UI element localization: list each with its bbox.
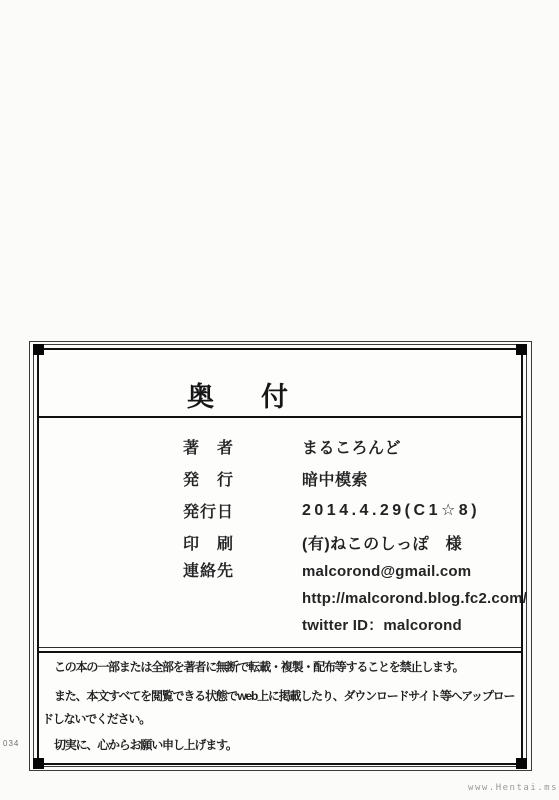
contact-lines: malcorond@gmail.com http://malcorond.blo… (302, 558, 527, 639)
contact-twitter-id: twitter ID：malcorond (302, 612, 527, 639)
info-value-publication-date: 2014.4.29(C1☆8) (302, 500, 480, 520)
frame-corner-top-right-icon (516, 344, 527, 355)
info-row-printer: 印 刷 (有)ねこのしっぽ 様 (39, 526, 521, 558)
watermark: www.Hentai.ms (468, 783, 558, 793)
info-value-printer: (有)ねこのしっぽ 様 (302, 531, 462, 554)
note-paragraph-1: この本の一部または全部を著者に無断で転載・複製・配布等することを禁止します。 (42, 656, 515, 679)
info-row-author: 著 者 まるころんど (39, 430, 521, 462)
contact-blog-url: http://malcorond.blog.fc2.com/ (302, 585, 527, 612)
contact-email: malcorond@gmail.com (302, 558, 527, 585)
note-paragraph-2: また、本文すべてを閲覧できる状態でweb上に掲載したり、ダウンロードサイト等へア… (42, 685, 515, 731)
colophon-title: 奥 付 (187, 383, 298, 413)
info-row-publisher: 発 行 暗中模索 (39, 462, 521, 494)
frame-corner-top-left-icon (33, 344, 44, 355)
info-value-publisher: 暗中模索 (302, 467, 368, 490)
notes-section: この本の一部または全部を著者に無断で転載・複製・配布等することを禁止します。 ま… (39, 651, 521, 757)
colophon-header: 奥 付 (39, 350, 521, 418)
info-label-contact: 連絡先 (183, 558, 302, 585)
note-paragraph-3: 切実に、心からお願い申し上げます。 (42, 734, 515, 757)
notes-top-rule (39, 647, 521, 648)
info-label-publication-date: 発行日 (183, 499, 302, 522)
frame-corner-bottom-left-icon (33, 758, 44, 769)
colophon-box: 奥 付 著 者 まるころんど 発 行 暗中模索 発行日 2014.4.29(C1… (37, 348, 523, 765)
colophon-info-section: 著 者 まるころんど 発 行 暗中模索 発行日 2014.4.29(C1☆8) … (39, 418, 521, 639)
info-label-author: 著 者 (183, 435, 302, 458)
info-row-publication-date: 発行日 2014.4.29(C1☆8) (39, 494, 521, 526)
info-value-author: まるころんど (302, 435, 401, 458)
scanned-page: 034 奥 付 著 者 まるころんど 発 行 暗中模索 発行日 2014.4.2… (0, 0, 559, 800)
info-label-publisher: 発 行 (183, 467, 302, 490)
info-row-contact: 連絡先 malcorond@gmail.com http://malcorond… (39, 558, 521, 639)
frame-corner-bottom-right-icon (516, 758, 527, 769)
info-label-printer: 印 刷 (183, 531, 302, 554)
page-number: 034 (3, 739, 19, 748)
